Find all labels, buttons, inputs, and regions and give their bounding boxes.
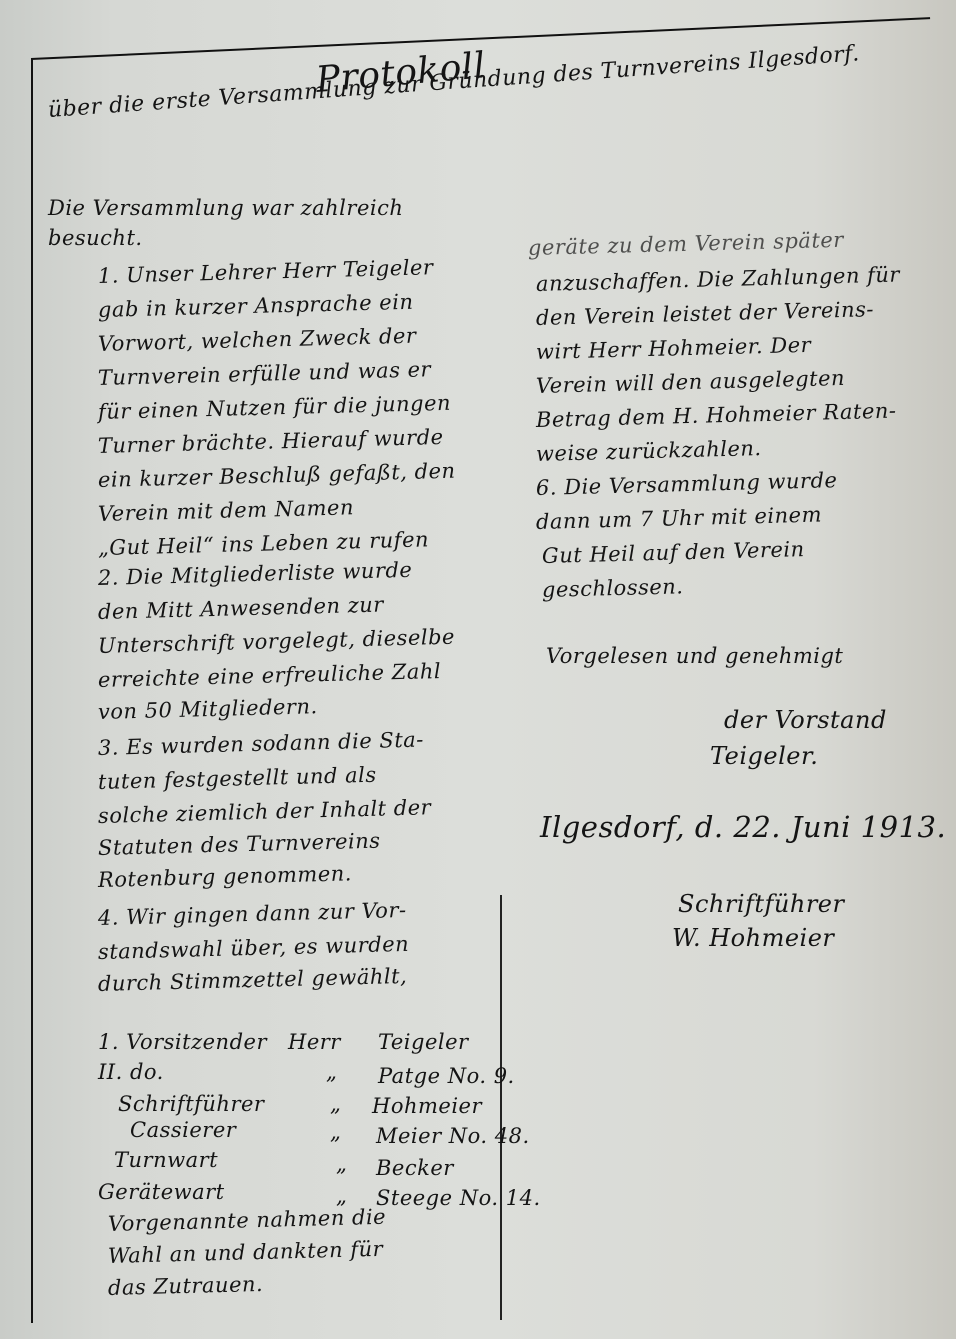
- text-line: Vorwort, welchen Zweck der: [98, 324, 417, 356]
- officer-name: Becker: [376, 1156, 454, 1180]
- text-line: den Mitt Anwesenden zur: [98, 593, 384, 624]
- officer-title: Herr: [288, 1030, 341, 1054]
- secretary-label: Schriftführer: [678, 890, 844, 918]
- text-line: geschlossen.: [542, 574, 684, 602]
- text-line: das Zutrauen.: [108, 1272, 264, 1300]
- officer-name: Meier No. 48.: [376, 1124, 530, 1148]
- text-line: 4. Wir gingen dann zur Vor-: [98, 898, 407, 930]
- text-line: standswahl über, es wurden: [98, 932, 410, 964]
- text-line: gab in kurzer Ansprache ein: [98, 290, 414, 322]
- officer-role: Schriftführer: [118, 1092, 264, 1116]
- ditto-mark: „: [326, 1060, 337, 1084]
- text-line: tuten festgestellt und als: [98, 763, 377, 794]
- officer-role: Gerätewart: [98, 1180, 225, 1204]
- text-line: Turnverein erfülle und was er: [98, 357, 432, 390]
- approval-note: Vorgelesen und genehmigt: [546, 644, 843, 668]
- text-line: 1. Unser Lehrer Herr Teigeler: [98, 255, 434, 288]
- text-line: Wahl an und dankten für: [108, 1237, 384, 1268]
- text-line: „Gut Heil“ ins Leben zu rufen: [98, 527, 430, 560]
- text-line: Turner brächte. Hierauf wurde: [98, 425, 444, 458]
- text-line: erreichte eine erfreuliche Zahl: [98, 659, 442, 692]
- board-label: der Vorstand: [724, 706, 887, 734]
- text-line: von 50 Mitgliedern.: [98, 694, 318, 724]
- text-line: Vorgenannte nahmen die: [108, 1205, 387, 1236]
- text-line: geräte zu dem Verein später: [528, 228, 844, 260]
- text-line: Verein mit dem Namen: [98, 495, 355, 526]
- text-line: solche ziemlich der Inhalt der: [98, 795, 432, 828]
- intro-line: besucht.: [48, 226, 143, 250]
- board-signature: Teigeler.: [710, 742, 818, 770]
- text-line: 3. Es wurden sodann die Sta-: [98, 727, 424, 760]
- ditto-mark: „: [330, 1092, 341, 1116]
- officer-list-divider: [500, 895, 502, 1320]
- officer-role: II. do.: [98, 1060, 164, 1084]
- officer-name: Hohmeier: [372, 1094, 482, 1118]
- text-line: Gut Heil auf den Verein: [542, 537, 805, 568]
- officer-role: 1. Vorsitzender: [98, 1030, 267, 1054]
- text-line: durch Stimmzettel gewählt,: [98, 964, 408, 996]
- ditto-mark: „: [330, 1120, 341, 1144]
- text-line: wirt Herr Hohmeier. Der: [536, 333, 812, 364]
- text-line: für einen Nutzen für die jungen: [98, 391, 452, 424]
- officer-role: Turnwart: [114, 1148, 218, 1172]
- text-line: Statuten des Turnvereins: [98, 829, 381, 860]
- text-line: 2. Die Mitgliederliste wurde: [98, 558, 413, 590]
- intro-line: Die Versammlung war zahlreich: [48, 196, 403, 220]
- text-line: Unterschrift vorgelegt, dieselbe: [98, 625, 456, 658]
- officer-role: Cassierer: [130, 1118, 236, 1142]
- ditto-mark: „: [336, 1152, 347, 1176]
- page-frame-left-border: [31, 58, 33, 1323]
- place-and-date: Ilgesdorf, d. 22. Juni 1913.: [540, 810, 946, 844]
- text-line: ein kurzer Beschluß gefaßt, den: [98, 459, 456, 492]
- text-line: 6. Die Versammlung wurde: [536, 468, 838, 500]
- officer-name: Teigeler: [378, 1030, 469, 1054]
- officer-name: Patge No. 9.: [378, 1064, 515, 1088]
- text-line: anzuschaffen. Die Zahlungen für: [536, 262, 901, 296]
- text-line: weise zurückzahlen.: [536, 436, 762, 466]
- text-line: dann um 7 Uhr mit einem: [536, 503, 823, 534]
- text-line: Betrag dem H. Hohmeier Raten-: [536, 399, 897, 432]
- secretary-signature: W. Hohmeier: [672, 924, 834, 952]
- text-line: den Verein leistet der Vereins-: [536, 297, 875, 330]
- document-page: Protokoll über die erste Versammlung zur…: [0, 0, 956, 1339]
- officer-name: Steege No. 14.: [376, 1186, 541, 1210]
- text-line: Rotenburg genommen.: [98, 861, 353, 892]
- text-line: Verein will den ausgelegten: [536, 366, 846, 398]
- ditto-mark: „: [336, 1184, 347, 1208]
